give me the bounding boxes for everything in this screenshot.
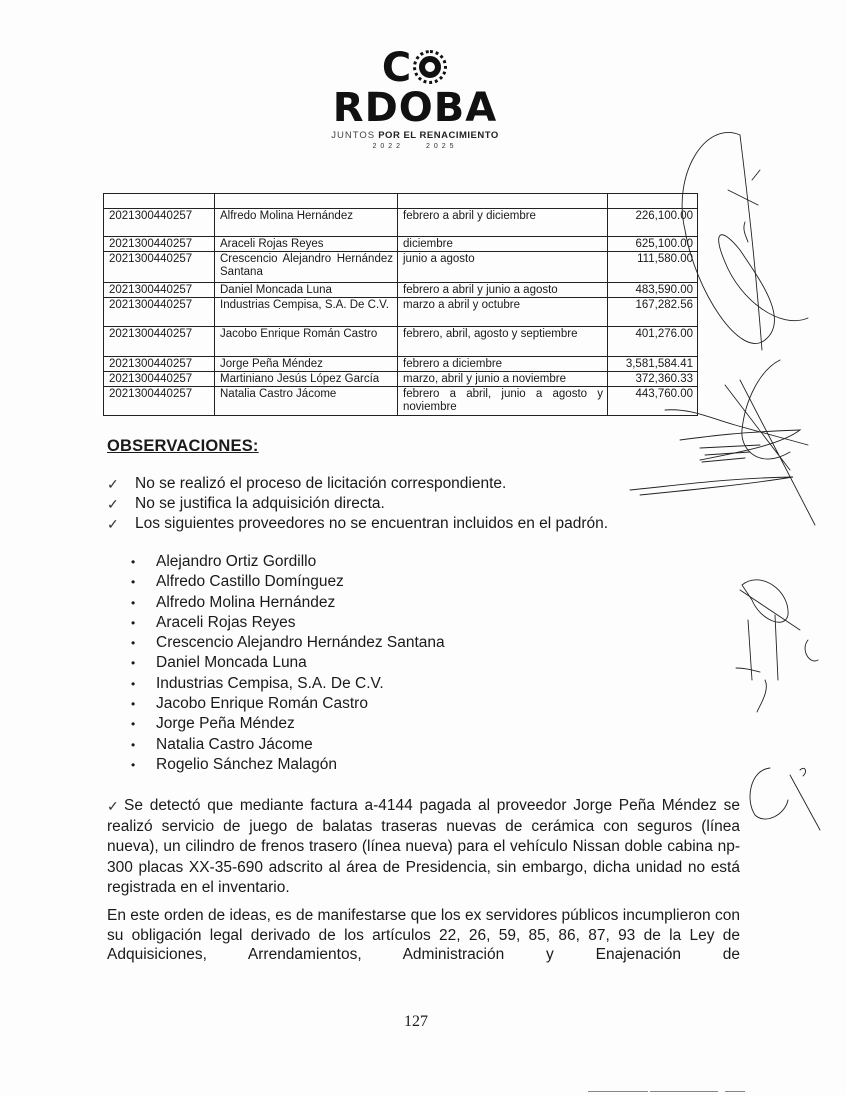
table-row: 2021300440257 Daniel Moncada Luna febrer… bbox=[104, 283, 698, 298]
bullet-icon: • bbox=[131, 755, 156, 775]
period-cell: junio a agosto bbox=[398, 252, 608, 283]
checkmark-icon: ✓ bbox=[107, 796, 119, 817]
bullet-icon: • bbox=[131, 674, 156, 694]
provider-cell: Industrias Cempisa, S.A. De C.V. bbox=[215, 298, 398, 327]
table-row: 2021300440257 Jorge Peña Méndez febrero … bbox=[104, 357, 698, 372]
bullet-icon: • bbox=[131, 633, 156, 653]
period-cell: diciembre bbox=[398, 237, 608, 252]
list-item: •Araceli Rojas Reyes bbox=[131, 613, 445, 633]
period-cell: febrero, abril, agosto y septiembre bbox=[398, 327, 608, 357]
logo-year-start: 2022 bbox=[372, 143, 404, 150]
provider-cell: Daniel Moncada Luna bbox=[215, 283, 398, 298]
footer-rule bbox=[650, 1091, 718, 1092]
amount-cell: 372,360.33 bbox=[608, 372, 698, 387]
table-row: 2021300440257 Jacobo Enrique Román Castr… bbox=[104, 327, 698, 357]
header-cell bbox=[104, 194, 215, 209]
account-cell: 2021300440257 bbox=[104, 237, 215, 252]
amount-cell: 226,100.00 bbox=[608, 209, 698, 237]
provider-cell: Crescencio Alejandro Hernández Santana bbox=[215, 252, 398, 283]
bullet-icon: • bbox=[131, 714, 156, 734]
list-item: •Crescencio Alejandro Hernández Santana bbox=[131, 633, 445, 653]
bullet-icon: • bbox=[131, 593, 156, 613]
list-item: •Alfredo Molina Hernández bbox=[131, 593, 445, 613]
table-row: 2021300440257 Araceli Rojas Reyes diciem… bbox=[104, 237, 698, 252]
period-cell: marzo a abril y octubre bbox=[398, 298, 608, 327]
account-cell: 2021300440257 bbox=[104, 387, 215, 416]
table-row: 2021300440257 Natalia Castro Jácome febr… bbox=[104, 387, 698, 416]
logo-year-end: 2025 bbox=[426, 143, 458, 150]
logo-years: 2022 2025 bbox=[300, 143, 530, 150]
header-cell bbox=[215, 194, 398, 209]
logo-wordmark: CRDOBA bbox=[300, 48, 530, 128]
period-cell: febrero a diciembre bbox=[398, 357, 608, 372]
logo-tagline-light: JUNTOS bbox=[331, 130, 375, 141]
logo-tagline-bold: POR EL RENACIMIENTO bbox=[378, 130, 499, 141]
footer-rule bbox=[588, 1091, 648, 1092]
checkmark-icon: ✓ bbox=[107, 514, 135, 534]
table-row: 2021300440257 Martiniano Jesús López Gar… bbox=[104, 372, 698, 387]
conclusion-paragraph: En este orden de ideas, es de manifestar… bbox=[107, 906, 740, 965]
amount-cell: 401,276.00 bbox=[608, 327, 698, 357]
period-cell: febrero a abril y junio a agosto bbox=[398, 283, 608, 298]
list-item: •Industrias Cempisa, S.A. De C.V. bbox=[131, 674, 445, 694]
account-cell: 2021300440257 bbox=[104, 252, 215, 283]
observation-checklist: ✓No se realizó el proceso de licitación … bbox=[107, 474, 608, 534]
list-item: •Natalia Castro Jácome bbox=[131, 735, 445, 755]
provider-name: Alfredo Molina Hernández bbox=[156, 593, 335, 613]
logo-tagline: JUNTOS POR EL RENACIMIENTO bbox=[300, 130, 530, 141]
logo-letters: RDOBA bbox=[333, 85, 497, 131]
check-text: No se justifica la adquisición directa. bbox=[135, 494, 385, 514]
payments-table: 2021300440257 Alfredo Molina Hernández f… bbox=[103, 193, 698, 416]
footer-rule bbox=[725, 1091, 745, 1092]
table-row: 2021300440257 Crescencio Alejandro Herná… bbox=[104, 252, 698, 283]
provider-name: Industrias Cempisa, S.A. De C.V. bbox=[156, 674, 384, 694]
provider-name: Jorge Peña Méndez bbox=[156, 714, 295, 734]
observations-heading: OBSERVACIONES: bbox=[107, 437, 259, 456]
provider-cell: Natalia Castro Jácome bbox=[215, 387, 398, 416]
amount-cell: 111,580.00 bbox=[608, 252, 698, 283]
table-row: 2021300440257 Industrias Cempisa, S.A. D… bbox=[104, 298, 698, 327]
checkmark-icon: ✓ bbox=[107, 474, 135, 494]
provider-cell: Martiniano Jesús López García bbox=[215, 372, 398, 387]
provider-name: Daniel Moncada Luna bbox=[156, 653, 307, 673]
provider-name: Araceli Rojas Reyes bbox=[156, 613, 296, 633]
list-item: •Rogelio Sánchez Malagón bbox=[131, 755, 445, 775]
finding-paragraph: ✓ Se detectó que mediante factura a-4144… bbox=[107, 796, 740, 899]
check-text: Los siguientes proveedores no se encuent… bbox=[135, 514, 608, 534]
provider-cell: Jorge Peña Méndez bbox=[215, 357, 398, 372]
list-item: •Alfredo Castillo Domínguez bbox=[131, 572, 445, 592]
list-item: ✓No se realizó el proceso de licitación … bbox=[107, 474, 608, 494]
amount-cell: 443,760.00 bbox=[608, 387, 698, 416]
header-cell bbox=[398, 194, 608, 209]
list-item: •Jacobo Enrique Román Castro bbox=[131, 694, 445, 714]
list-item: •Daniel Moncada Luna bbox=[131, 653, 445, 673]
amount-cell: 483,590.00 bbox=[608, 283, 698, 298]
finding-text: Se detectó que mediante factura a-4144 p… bbox=[107, 796, 740, 899]
list-item: •Jorge Peña Méndez bbox=[131, 714, 445, 734]
check-text: No se realizó el proceso de licitación c… bbox=[135, 474, 506, 494]
page-number: 127 bbox=[404, 1013, 428, 1031]
sun-icon bbox=[413, 50, 447, 84]
account-cell: 2021300440257 bbox=[104, 298, 215, 327]
provider-cell: Jacobo Enrique Román Castro bbox=[215, 327, 398, 357]
provider-name: Rogelio Sánchez Malagón bbox=[156, 755, 337, 775]
provider-name: Jacobo Enrique Román Castro bbox=[156, 694, 368, 714]
provider-cell: Alfredo Molina Hernández bbox=[215, 209, 398, 237]
checkmark-icon: ✓ bbox=[107, 494, 135, 514]
list-item: •Alejandro Ortiz Gordillo bbox=[131, 552, 445, 572]
account-cell: 2021300440257 bbox=[104, 209, 215, 237]
provider-name: Crescencio Alejandro Hernández Santana bbox=[156, 633, 445, 653]
providers-list: •Alejandro Ortiz Gordillo •Alfredo Casti… bbox=[131, 552, 445, 775]
amount-cell: 167,282.56 bbox=[608, 298, 698, 327]
table-header-row bbox=[104, 194, 698, 209]
bullet-icon: • bbox=[131, 552, 156, 572]
bullet-icon: • bbox=[131, 694, 156, 714]
account-cell: 2021300440257 bbox=[104, 372, 215, 387]
period-cell: marzo, abril y junio a noviembre bbox=[398, 372, 608, 387]
period-cell: febrero a abril y diciembre bbox=[398, 209, 608, 237]
provider-name: Natalia Castro Jácome bbox=[156, 735, 313, 755]
bullet-icon: • bbox=[131, 653, 156, 673]
provider-name: Alfredo Castillo Domínguez bbox=[156, 572, 344, 592]
account-cell: 2021300440257 bbox=[104, 283, 215, 298]
bullet-icon: • bbox=[131, 735, 156, 755]
bullet-icon: • bbox=[131, 613, 156, 633]
cordoba-logo: CRDOBA JUNTOS POR EL RENACIMIENTO 2022 2… bbox=[300, 48, 530, 150]
account-cell: 2021300440257 bbox=[104, 327, 215, 357]
account-cell: 2021300440257 bbox=[104, 357, 215, 372]
list-item: ✓No se justifica la adquisición directa. bbox=[107, 494, 608, 514]
list-item: ✓Los siguientes proveedores no se encuen… bbox=[107, 514, 608, 534]
header-cell bbox=[608, 194, 698, 209]
bullet-icon: • bbox=[131, 572, 156, 592]
provider-name: Alejandro Ortiz Gordillo bbox=[156, 552, 316, 572]
amount-cell: 625,100.00 bbox=[608, 237, 698, 252]
amount-cell: 3,581,584.41 bbox=[608, 357, 698, 372]
period-cell: febrero a abril, junio a agosto y noviem… bbox=[398, 387, 608, 416]
table-row: 2021300440257 Alfredo Molina Hernández f… bbox=[104, 209, 698, 237]
provider-cell: Araceli Rojas Reyes bbox=[215, 237, 398, 252]
